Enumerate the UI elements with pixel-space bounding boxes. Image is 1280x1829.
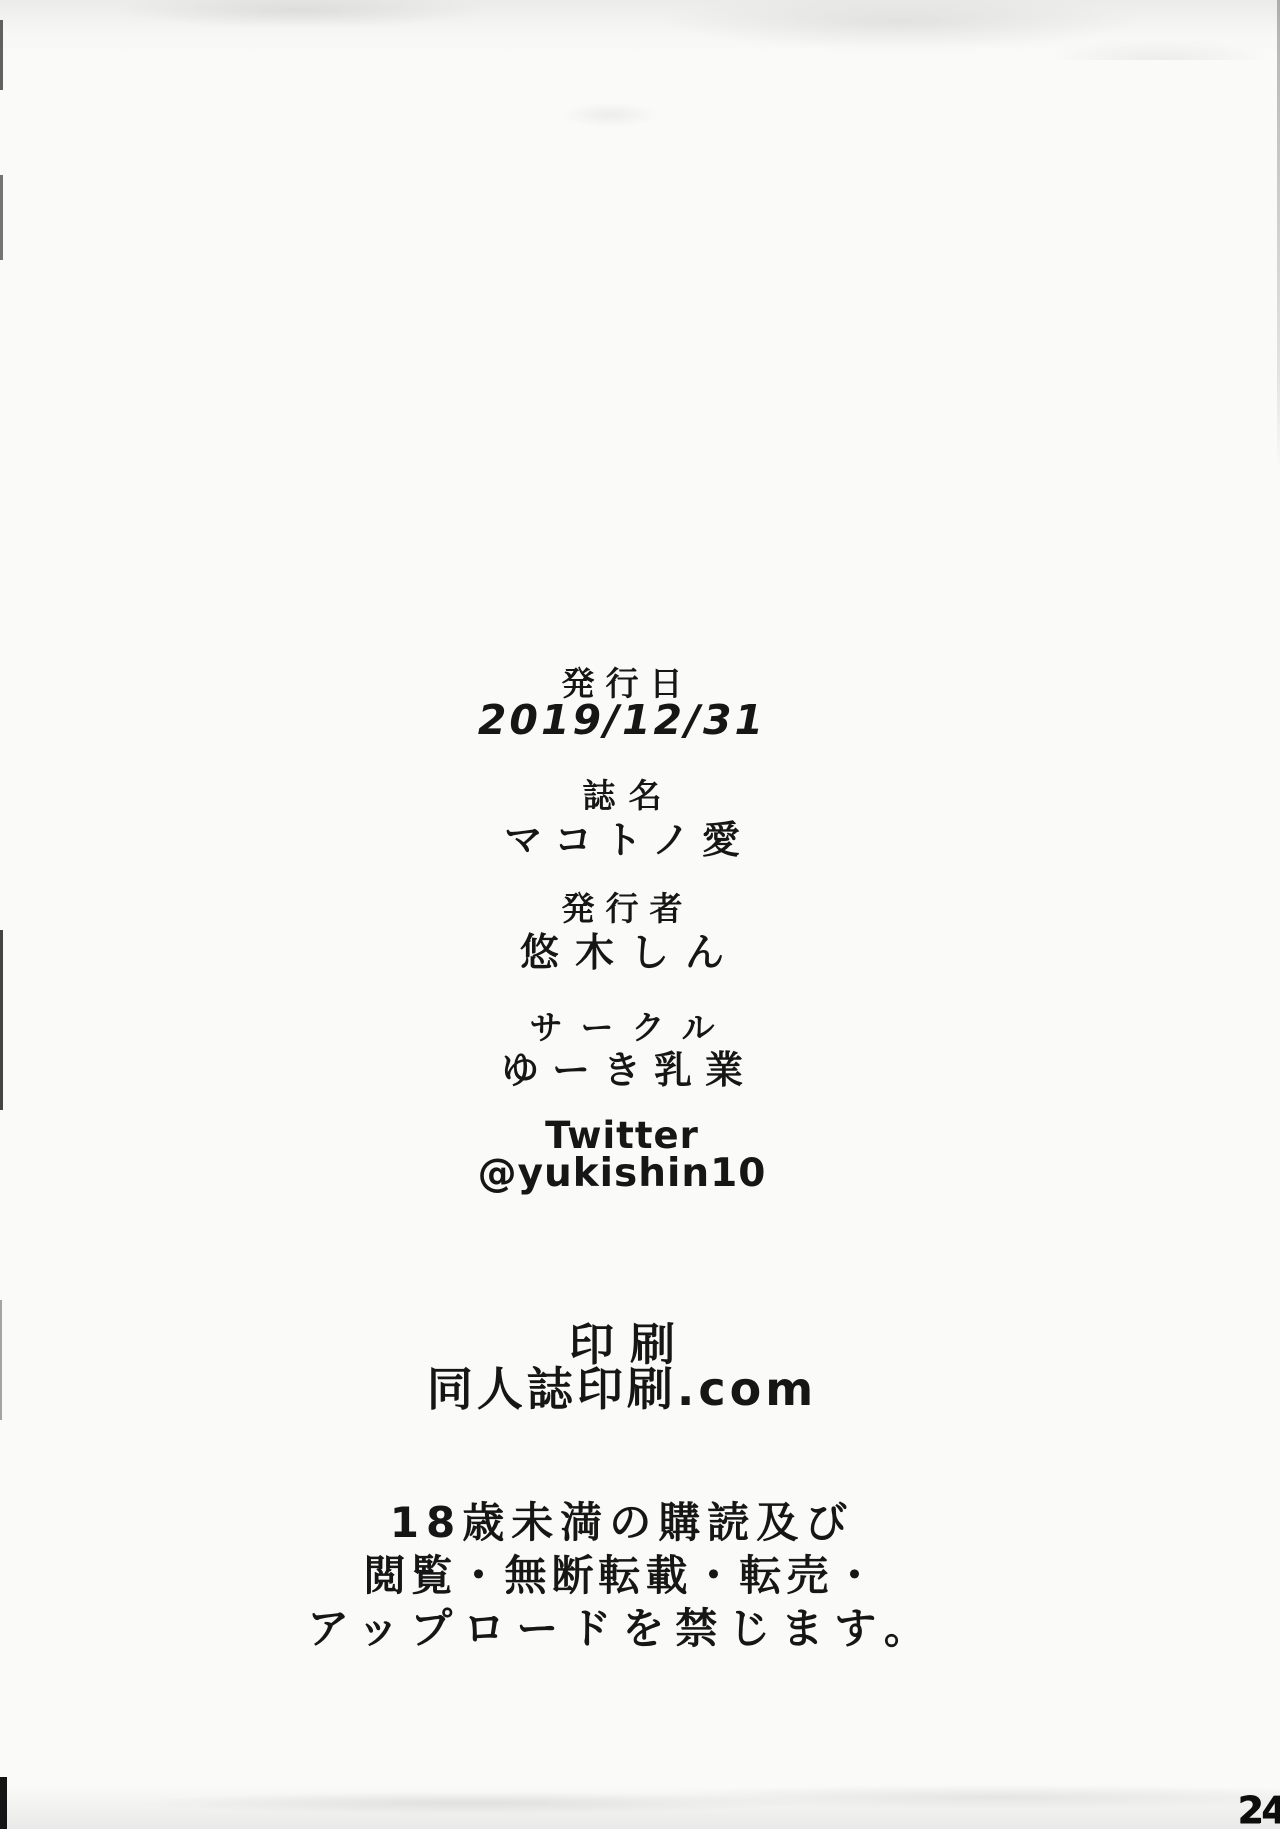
scan-edge-artifact bbox=[0, 20, 3, 90]
printer-value: 同人誌印刷.com bbox=[0, 1353, 1244, 1419]
twitter-handle: @yukishin10 bbox=[0, 1151, 1244, 1196]
age-notice-line-2: 閲覧・無断転載・転売・ bbox=[0, 1543, 1244, 1603]
scan-corner-artifact bbox=[0, 1777, 7, 1829]
scan-noise-bottom bbox=[0, 1767, 1280, 1829]
circle-value: ゆーき乳業 bbox=[0, 1039, 1244, 1094]
scanned-colophon-page: 発行日 2019/12/31 誌名 マコトノ愛 発行者 悠木しん サークル ゆー… bbox=[0, 0, 1280, 1829]
publish-date-value: 2019/12/31 bbox=[0, 696, 1244, 744]
scan-edge-artifact bbox=[0, 175, 3, 260]
page-number: 24 bbox=[1238, 1789, 1280, 1829]
age-notice-line-3: アップロードを禁じます。 bbox=[0, 1596, 1244, 1656]
age-notice-line-1: 18歳未満の購読及び bbox=[0, 1490, 1244, 1550]
scan-smudge bbox=[540, 90, 720, 150]
book-title-value: マコトノ愛 bbox=[0, 809, 1244, 864]
scan-noise-top bbox=[0, 0, 1280, 60]
publisher-value: 悠木しん bbox=[0, 922, 1244, 978]
